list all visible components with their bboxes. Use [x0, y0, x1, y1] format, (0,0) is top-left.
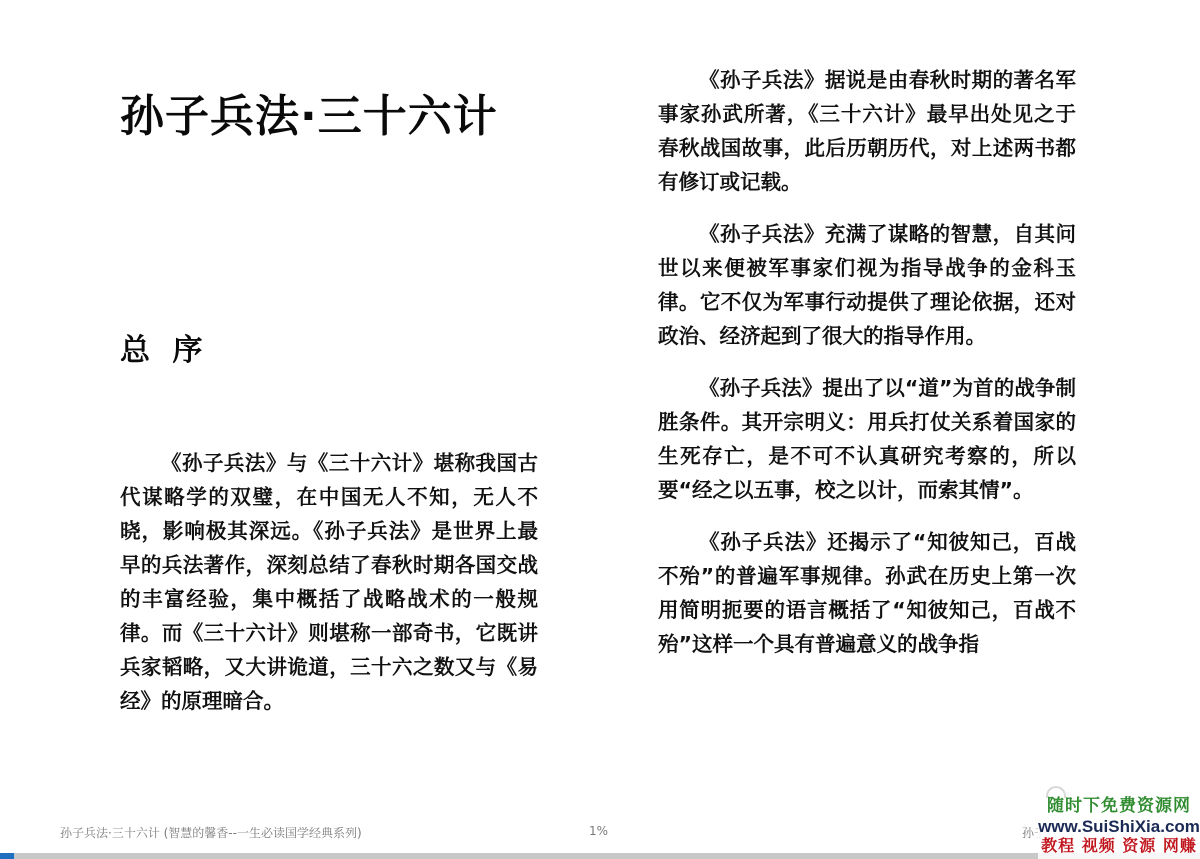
- left-page-body: 《孙子兵法》与《三十六计》堪称我国古代谋略学的双璧，在中国无人不知，无人不晓，影…: [120, 446, 538, 718]
- paragraph: 《孙子兵法》与《三十六计》堪称我国古代谋略学的双璧，在中国无人不知，无人不晓，影…: [120, 446, 538, 718]
- reading-progress-fill: [0, 853, 14, 859]
- book-title: 孙子兵法·三十六计: [120, 80, 498, 144]
- watermark-line1: 随时下免费资源网: [1038, 798, 1200, 815]
- paragraph: 《孙子兵法》充满了谋略的智慧，自其问世以来便被军事家们视为指导战争的金科玉律。它…: [658, 217, 1076, 353]
- paragraph: 《孙子兵法》据说是由春秋时期的著名军事家孙武所著，《三十六计》最早出处见之于春秋…: [658, 63, 1076, 199]
- reading-progress-bar[interactable]: [0, 853, 1200, 859]
- reading-progress-label: 1%: [589, 824, 608, 838]
- left-page: 孙子兵法·三十六计 总 序 《孙子兵法》与《三十六计》堪称我国古代谋略学的双璧，…: [120, 0, 540, 800]
- watermark-line3: 教程 视频 资源 网赚: [1038, 838, 1200, 854]
- footer-book-title: 孙子兵法·三十六计 (智慧的馨香--一生必读国学经典系列): [60, 824, 362, 841]
- right-page-body: 《孙子兵法》据说是由春秋时期的著名军事家孙武所著，《三十六计》最早出处见之于春秋…: [658, 63, 1076, 661]
- watermark-line2: www.SuiShiXia.com: [1038, 818, 1200, 835]
- paragraph: 《孙子兵法》还揭示了“知彼知己，百战不殆”的普遍军事规律。孙武在历史上第一次用简…: [658, 525, 1076, 661]
- paragraph: 《孙子兵法》提出了以“道”为首的战争制胜条件。其开宗明义：用兵打仗关系着国家的生…: [658, 371, 1076, 507]
- watermark-logo: 随时下免费资源网 www.SuiShiXia.com 教程 视频 资源 网赚: [1038, 794, 1200, 859]
- section-heading: 总 序: [120, 325, 208, 369]
- right-page: 《孙子兵法》据说是由春秋时期的著名军事家孙武所著，《三十六计》最早出处见之于春秋…: [658, 0, 1078, 800]
- reader-footer: 孙子兵法·三十六计 (智慧的馨香--一生必读国学经典系列) 1% 孙子: [0, 820, 1200, 844]
